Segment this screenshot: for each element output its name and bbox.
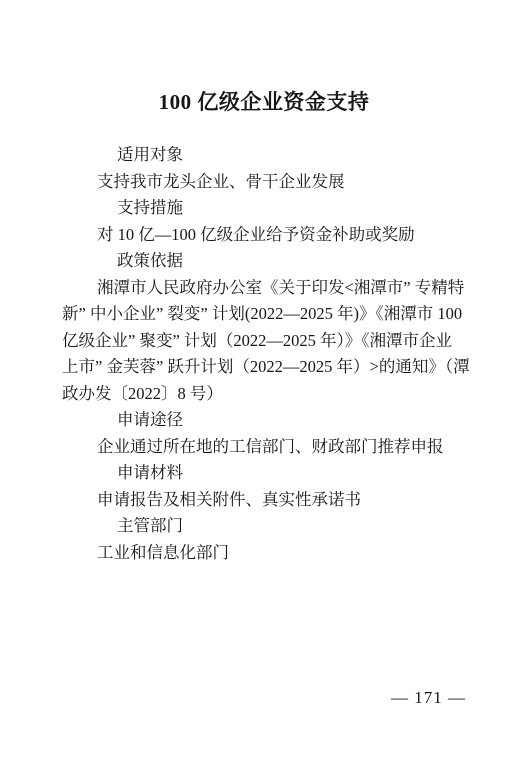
section-heading-competent-department: 主管部门 xyxy=(62,513,466,540)
body-line: 工业和信息化部门 xyxy=(62,540,466,567)
section-heading-application-materials: 申请材料 xyxy=(62,460,466,487)
section-heading-application-channel: 申请途径 xyxy=(62,407,466,434)
section-heading-support-measures: 支持措施 xyxy=(62,195,466,222)
body-line: 对 10 亿—100 亿级企业给予资金补助或奖励 xyxy=(62,222,466,249)
body-line: 申请报告及相关附件、真实性承诺书 xyxy=(62,487,466,514)
document-page: 100 亿级企业资金支持 适用对象 支持我市龙头企业、骨干企业发展 支持措施 对… xyxy=(0,0,528,767)
body-line: 支持我市龙头企业、骨干企业发展 xyxy=(62,169,466,196)
body-line: 上市” 金芙蓉” 跃升计划（2022—2025 年）>的通知》（潭 xyxy=(62,354,466,381)
body-line: 政办发〔2022〕8 号） xyxy=(62,381,466,408)
section-heading-policy-basis: 政策依据 xyxy=(62,248,466,275)
page-number: — 171 — xyxy=(391,688,466,708)
body-line: 亿级企业” 聚变” 计划（2022—2025 年）》《湘潭市企业 xyxy=(62,328,466,355)
document-body: 适用对象 支持我市龙头企业、骨干企业发展 支持措施 对 10 亿—100 亿级企… xyxy=(62,142,466,566)
body-line: 新” 中小企业” 裂变” 计划(2022—2025 年)》《湘潭市 100 xyxy=(62,301,466,328)
page-title: 100 亿级企业资金支持 xyxy=(0,86,528,116)
body-line: 企业通过所在地的工信部门、财政部门推荐申报 xyxy=(62,434,466,461)
section-heading-applicable-targets: 适用对象 xyxy=(62,142,466,169)
body-line: 湘潭市人民政府办公室《关于印发<湘潭市” 专精特 xyxy=(62,275,466,302)
